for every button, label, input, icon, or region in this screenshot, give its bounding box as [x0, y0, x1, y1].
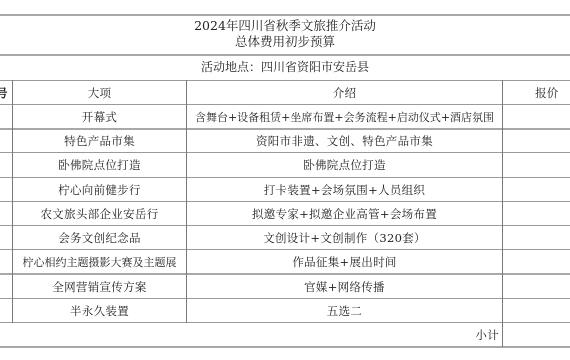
- row-9-description: 五选二: [187, 299, 502, 322]
- header-no: 号: [0, 81, 12, 104]
- row-8-description: 官媒+网络传播: [187, 275, 502, 298]
- row-5-description: 拟邀专家+拟邀企业高管+会场布置: [187, 202, 502, 225]
- row-6-category: 会务文创纪念品: [13, 226, 186, 249]
- row-6-description: 文创设计+文创制作（320套）: [187, 226, 502, 249]
- row-4-category: 柠心向前健步行: [13, 178, 186, 201]
- row-2-price[interactable]: [503, 129, 570, 152]
- document-title: 2024年四川省秋季文旅推介活动: [0, 18, 570, 33]
- row-1-price[interactable]: [503, 105, 570, 128]
- grid-line-top: [0, 14, 570, 16]
- row-2-description: 资阳市非遗、文创、特色产品市集: [187, 129, 502, 152]
- header-category: 大项: [13, 81, 186, 104]
- row-8-category: 全网营销宣传方案: [13, 275, 186, 298]
- row-3-description: 卧佛院点位打造: [187, 153, 502, 177]
- row-4-price[interactable]: [503, 178, 570, 201]
- grid-line-subtotal-bottom: [0, 346, 570, 348]
- row-7-category: 柠心相约主题摄影大赛及主题展: [13, 250, 186, 273]
- row-1-description: 含舞台+设备租赁+坐席布置+会务流程+启动仪式+酒店氛围: [187, 105, 502, 128]
- grid-line-title-bottom: [0, 54, 570, 56]
- document-subtitle: 总体费用初步预算: [0, 34, 570, 49]
- row-6-price[interactable]: [503, 226, 570, 249]
- row-7-price[interactable]: [503, 250, 570, 273]
- row-3-price[interactable]: [503, 153, 570, 177]
- row-3-category: 卧佛院点位打造: [13, 153, 186, 177]
- row-5-price[interactable]: [503, 202, 570, 225]
- activity-location: 活动地点：四川省资阳市安岳县: [0, 60, 570, 75]
- row-9-category: 半永久装置: [13, 299, 186, 322]
- header-price: 报价: [503, 81, 570, 104]
- row-9-price[interactable]: [503, 299, 570, 322]
- header-description: 介绍: [187, 81, 502, 104]
- row-4-description: 打卡装置+会场氛围+人员组织: [187, 178, 502, 201]
- row-7-description: 作品征集+展出时间: [187, 250, 502, 273]
- subtotal-label: 小计: [0, 323, 502, 346]
- subtotal-value[interactable]: [503, 323, 570, 346]
- budget-sheet: 2024年四川省秋季文旅推介活动 总体费用初步预算 活动地点：四川省资阳市安岳县…: [0, 0, 570, 360]
- row-1-category: 开幕式: [13, 105, 186, 128]
- row-2-category: 特色产品市集: [13, 129, 186, 152]
- row-5-category: 农文旅头部企业安岳行: [13, 202, 186, 225]
- row-8-price[interactable]: [503, 275, 570, 298]
